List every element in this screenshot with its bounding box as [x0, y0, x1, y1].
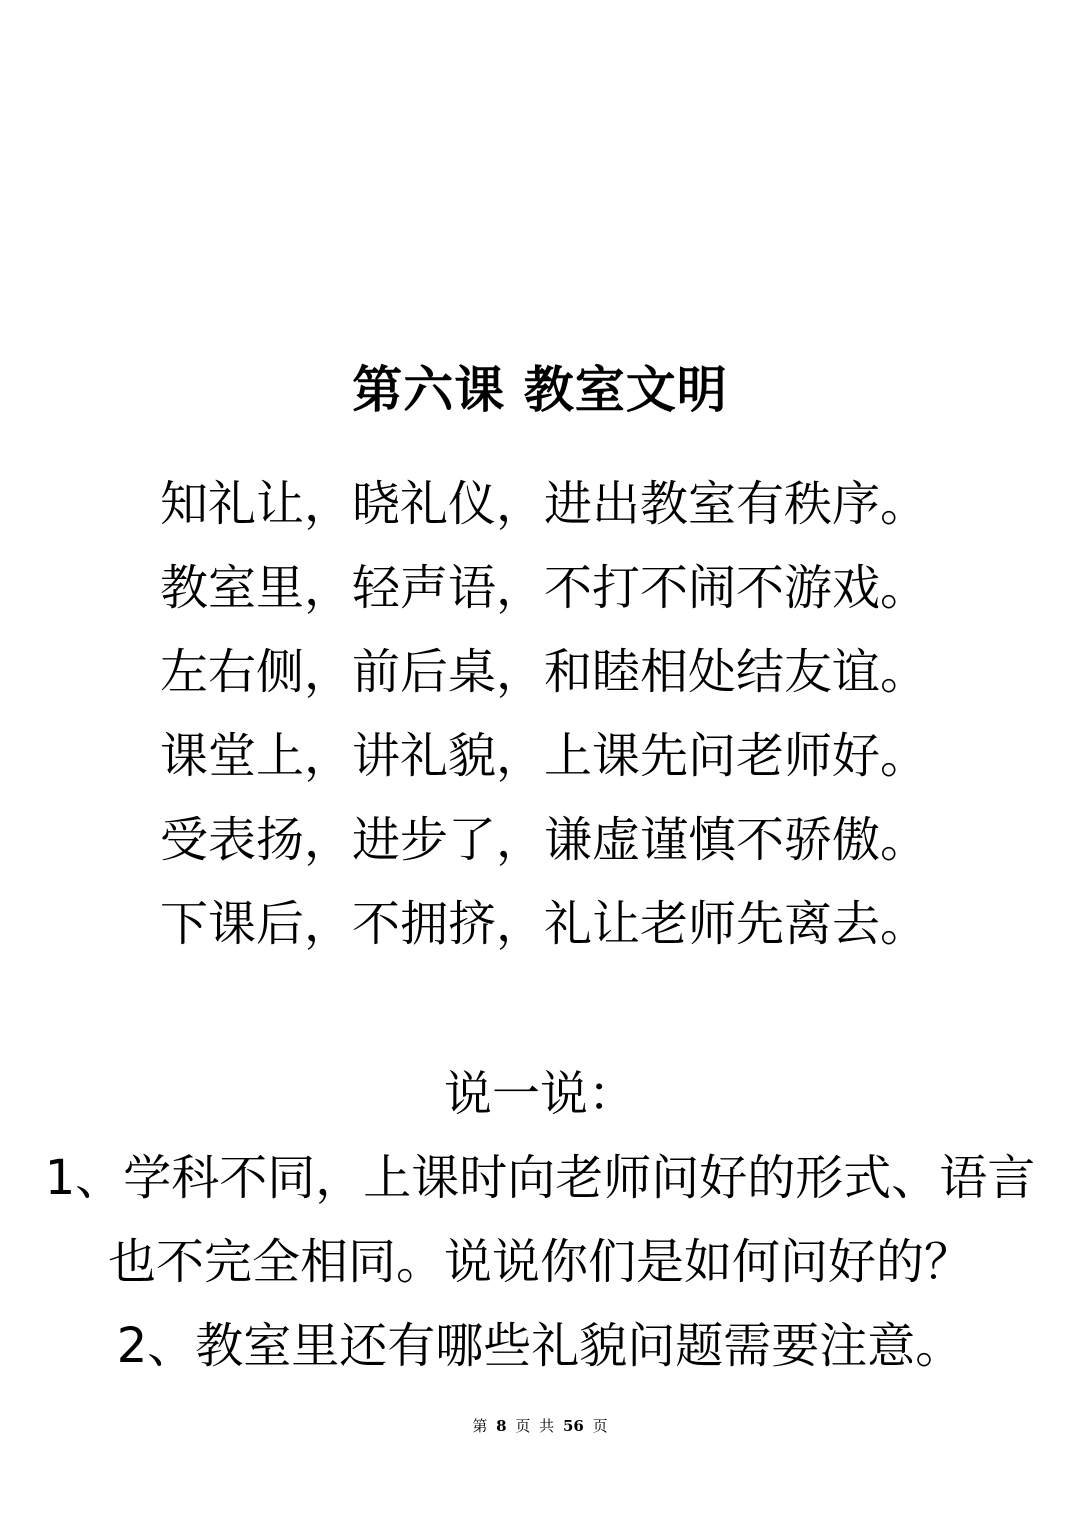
footer-middle: 页 共 — [515, 1417, 554, 1435]
poem-line: 下课后，不拥挤，礼让老师先离去。 — [160, 882, 960, 966]
poem-line: 教室里，轻声语，不打不闹不游戏。 — [160, 546, 960, 630]
footer-prefix: 第 — [472, 1417, 487, 1435]
lesson-title: 第六课 教室文明 — [0, 358, 1080, 422]
discussion-heading: 说一说： — [0, 1062, 1080, 1126]
poem-line: 课堂上，讲礼貌，上课先问老师好。 — [160, 714, 960, 798]
poem-line: 知礼让，晓礼仪，进出教室有秩序。 — [160, 462, 960, 546]
poem-line: 受表扬，进步了，谦虚谨慎不骄傲。 — [160, 798, 960, 882]
poem-block: 知礼让，晓礼仪，进出教室有秩序。 教室里，轻声语，不打不闹不游戏。 左右侧，前后… — [160, 462, 960, 966]
question-2: 2、教室里还有哪些礼貌问题需要注意。 — [0, 1314, 1080, 1378]
question-1-line-2: 也不完全相同。说说你们是如何问好的？ — [0, 1230, 1080, 1294]
footer-suffix: 页 — [593, 1417, 608, 1435]
page-footer: 第 8 页 共 56 页 — [0, 1416, 1080, 1436]
total-pages-number: 56 — [563, 1417, 584, 1435]
current-page-number: 8 — [496, 1417, 506, 1435]
poem-line: 左右侧，前后桌，和睦相处结友谊。 — [160, 630, 960, 714]
question-1-line-1: 1、学科不同，上课时向老师问好的形式、语言 — [0, 1146, 1080, 1210]
